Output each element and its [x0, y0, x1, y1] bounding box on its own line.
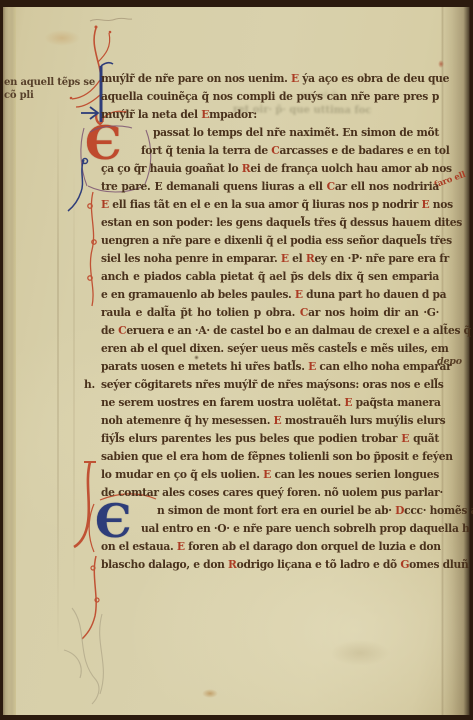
text-segment: quãt — [409, 432, 439, 445]
text-segment: can les noues serien longues — [271, 468, 439, 481]
text-segment: estan en son poder: les gens daquel̃s tr… — [101, 216, 462, 229]
manuscript-line: aquella couinẽça q̃ nos compli de puýs c… — [101, 88, 439, 106]
text-segment: siel les noha penre in emparar. — [101, 252, 281, 265]
text-segment: on el estaua. — [101, 540, 177, 553]
text-segment: sabien que el era hom de fẽpnes tolienli… — [101, 450, 453, 463]
text-segment: muýlr̃ la neta del — [101, 108, 201, 121]
text-segment: eren ab el quel dixen. seýer ueus mẽs ca… — [101, 342, 449, 355]
text-segment: de comtar ales coses cares queý foren. n… — [101, 486, 443, 499]
text-segment: arcasses e de badares e en tol — [279, 144, 449, 157]
text-segment: omes dluñ — [409, 558, 468, 571]
manuscript-photo: { "colors": { "parchment": "#d7cfa9", "i… — [0, 0, 473, 720]
text-segment: passat lo temps del nr̃e naximẽt. En sim… — [153, 126, 439, 139]
manuscript-line: fort q̃ tenia la terra de Carcasses e de… — [101, 142, 439, 160]
parchment-crease — [73, 167, 75, 595]
text-segment: E — [308, 360, 316, 373]
margin-note-left: en aquell tẽps se cõ pli — [4, 76, 100, 102]
manuscript-line: fiýl̃s elurs parentes les pus beles que … — [101, 430, 439, 448]
text-segment: lo mudar en ço q̃ els uolien. — [101, 468, 263, 481]
text-segment: can elho noha emparar — [316, 360, 452, 373]
text-segment: odrigo liçana e tõ ladro e dõ — [237, 558, 401, 571]
manuscript-line: estan en son poder: les gens daquel̃s tr… — [101, 214, 439, 232]
text-segment: tre pare. E demanali quens liuras a ell — [101, 180, 327, 193]
text-segment: el — [289, 252, 306, 265]
text-segment: ey en ·P· nr̃e pare era fr — [314, 252, 449, 265]
text-segment: C — [300, 306, 308, 319]
manuscript-line: parats uosen e metets hi ur̃es batl̃s. E… — [101, 358, 439, 376]
text-segment: E — [201, 108, 209, 121]
manuscript-line: muýlr̃ de nr̃e pare on nos uenim. E ýa a… — [101, 70, 439, 88]
manuscript-line: uengren a nr̃e pare e dixenli q̃ el podi… — [101, 232, 439, 250]
text-segment: E — [177, 540, 185, 553]
text-segment: e en gramauenlo ab beles paules. — [101, 288, 295, 301]
text-segment: fiýl̃s elurs parentes les pus beles que … — [101, 432, 401, 445]
text-segment: raula e dalt̃a p̃t ho tolien p obra. — [101, 306, 300, 319]
manuscript-line: de comtar ales coses cares queý foren. n… — [101, 484, 439, 502]
text-segment: ell fias tãt en el e en la sua amor q̃ l… — [109, 198, 422, 211]
text-segment: muýlr̃ de nr̃e pare on nos uenim. — [101, 72, 291, 85]
manuscript-line: tre pare. E demanali quens liuras a ell … — [101, 178, 439, 196]
text-segment: foren ab el darago don orquel de luzia e… — [185, 540, 441, 553]
text-segment: ça ço q̃r hauia goañat lo — [101, 162, 242, 175]
manuscript-line: blascho dalago, e don Rodrigo liçana e t… — [101, 556, 439, 574]
text-segment: E — [401, 432, 409, 445]
text-segment: nos — [429, 198, 452, 211]
text-segment: ar ell nos nodriria — [335, 180, 439, 193]
manuscript-line: ual entro en ·O· e nr̃e pare uench sobre… — [101, 520, 439, 538]
text-segment: mostrauẽh lurs muýlis elurs — [281, 414, 445, 427]
hanging-letter: h. — [84, 376, 95, 394]
text-segment: duna part ho dauen d pa — [303, 288, 447, 301]
manuscript-line: anch e piados cabla pietat q̃ ael p̃s de… — [101, 268, 439, 286]
text-segment: G — [400, 558, 409, 571]
text-segment: D — [395, 504, 404, 517]
manuscript-line: raula e dalt̃a p̃t ho tolien p obra. Car… — [101, 304, 439, 322]
manuscript-line: muýlr̃ la neta del Empador: — [101, 106, 439, 124]
manuscript-line: noh atemenre q̃ hy mesessen. E mostrauẽh… — [101, 412, 439, 430]
manuscript-line: siel les noha penre in emparar. E el Rey… — [101, 250, 439, 268]
text-segment: ne serem uostres en farem uostra uolẽtat… — [101, 396, 344, 409]
text-segment: noh atemenre q̃ hy mesessen. — [101, 414, 274, 427]
manuscript-line: n simon de mont fort era en ouriel be ab… — [101, 502, 439, 520]
manuscript-line: ça ço q̃r hauia goañat lo Rei de frança … — [101, 160, 439, 178]
text-segment: ccc· homẽs a ca — [404, 504, 473, 517]
text-segment: E — [281, 252, 289, 265]
text-segment: C — [327, 180, 335, 193]
manuscript-line: passat lo temps del nr̃e naximẽt. En sim… — [101, 124, 439, 142]
manuscript-line: h.seýer cõgitarets nr̃es muýlr̃ de nr̃es… — [101, 376, 439, 394]
text-segment: uengren a nr̃e pare e dixenli q̃ el podi… — [101, 234, 452, 247]
text-segment: ual entro en ·O· e nr̃e pare uench sobre… — [141, 522, 469, 535]
text-segment: E — [101, 198, 109, 211]
text-segment: fort q̃ tenia la terra de — [141, 144, 271, 157]
text-segment: seýer cõgitarets nr̃es muýlr̃ de nr̃es m… — [101, 378, 443, 391]
parchment-crease — [57, 97, 59, 655]
manuscript-line: e en gramauenlo ab beles paules. E duna … — [101, 286, 439, 304]
text-segment: R — [228, 558, 237, 571]
manuscript-line: de Ceruera e an ·A· de castel bo e an da… — [101, 322, 439, 340]
manuscript-line: on el estaua. E foren ab el darago don o… — [101, 538, 439, 556]
text-segment: ýa aço es obra de deu que — [299, 72, 449, 85]
underlying-page-edges — [3, 7, 16, 715]
text-segment: paq̃sta manera — [352, 396, 440, 409]
text-segment: ei de frança uolch hau amor ab nos — [250, 162, 451, 175]
text-segment: E — [263, 468, 271, 481]
text-segment: de — [101, 324, 118, 337]
text-segment: eruera e an ·A· de castel bo e an dalmau… — [126, 324, 470, 337]
text-segment: blascho dalago, e don — [101, 558, 228, 571]
text-segment: n simon de mont fort era en ouriel be ab… — [157, 504, 395, 517]
manuscript-line: sabien que el era hom de fẽpnes tolienli… — [101, 448, 439, 466]
manuscript-line: eren ab el quel dixen. seýer ueus mẽs ca… — [101, 340, 439, 358]
manuscript-line: lo mudar en ço q̃ els uolien. E can les … — [101, 466, 439, 484]
manuscript-line: ne serem uostres en farem uostra uolẽtat… — [101, 394, 439, 412]
text-segment: aquella couinẽça q̃ nos compli de puýs c… — [101, 90, 439, 103]
text-segment: anch e piados cabla pietat q̃ ael p̃s de… — [101, 270, 439, 283]
text-segment: mpador: — [209, 108, 257, 121]
text-segment: E — [295, 288, 303, 301]
text-segment: E — [291, 72, 299, 85]
text-block: muýlr̃ de nr̃e pare on nos uenim. E ýa a… — [101, 70, 439, 574]
text-segment: parats uosen e metets hi ur̃es batl̃s. — [101, 360, 308, 373]
text-segment: ar nos hoim dir an ·G· — [308, 306, 439, 319]
manuscript-line: E ell fias tãt en el e en la sua amor q̃… — [101, 196, 439, 214]
